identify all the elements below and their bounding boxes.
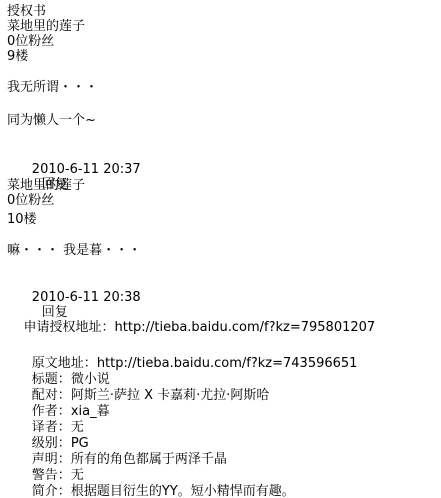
work-info-value: 无 bbox=[71, 420, 84, 435]
post-floor-9: 菜地里的莲子 0位粉丝 9楼 我无所谓・・・ 同为懒人一个~ 2010-6-11… bbox=[7, 19, 441, 162]
auth-request-url[interactable]: http://tieba.baidu.com/f?kz=795801207 bbox=[115, 320, 376, 335]
post-floor-10: 菜地里的莲子 0位粉丝 10楼 嘛・・・ 我是暮・・・ 2010-6-11 20… bbox=[7, 178, 441, 290]
work-info-label: 配对： bbox=[32, 388, 71, 403]
post-content-line: 我无所谓・・・ bbox=[7, 80, 441, 95]
work-info-value: PG bbox=[71, 436, 89, 451]
work-info-label: 译者： bbox=[32, 420, 71, 435]
work-info-value: 阿斯兰·萨拉 X 卡嘉莉·尤拉·阿斯哈 bbox=[71, 388, 270, 403]
post-meta-row: 2010-6-11 20:38 回复 bbox=[7, 275, 441, 290]
work-info-label: 声明： bbox=[32, 452, 71, 467]
work-info-label: 级别： bbox=[32, 436, 71, 451]
work-info-value: 微小说 bbox=[71, 372, 110, 387]
post-content-line: 嘛・・・ 我是暮・・・ bbox=[7, 243, 441, 258]
work-info-block: 原文地址：http://tieba.baidu.com/f?kz=7435966… bbox=[7, 340, 441, 484]
reply-link[interactable]: 回复 bbox=[42, 305, 68, 320]
thread-title: 授权书 bbox=[7, 4, 441, 19]
work-info-value: 根据题目衍生的YY。短小精悍而有趣。 bbox=[71, 484, 295, 498]
post-meta-row: 2010-6-11 20:37 回复 bbox=[7, 147, 441, 162]
post-floor-label: 9楼 bbox=[7, 49, 441, 64]
auth-request-row: 申请授权地址：http://tieba.baidu.com/f?kz=79580… bbox=[7, 305, 441, 320]
work-info-value: xia_暮 bbox=[71, 404, 110, 419]
work-info-value: 无 bbox=[71, 468, 84, 483]
post-fans-count: 0位粉丝 bbox=[7, 193, 441, 208]
work-info-row-original-url: 原文地址：http://tieba.baidu.com/f?kz=7435966… bbox=[7, 340, 441, 356]
post-content-line: 同为懒人一个~ bbox=[7, 113, 441, 128]
work-info-label: 标题： bbox=[32, 372, 71, 387]
work-info-label: 原文地址： bbox=[32, 356, 97, 371]
work-info-label: 作者： bbox=[32, 404, 71, 419]
post-author[interactable]: 菜地里的莲子 bbox=[7, 178, 441, 193]
post-date: 2010-6-11 20:38 bbox=[32, 290, 141, 305]
work-info-value: 所有的角色都属于两泽千晶 bbox=[71, 452, 227, 467]
work-info-label: 警告： bbox=[32, 468, 71, 483]
tieba-thread-page: 授权书 菜地里的莲子 0位粉丝 9楼 我无所谓・・・ 同为懒人一个~ 2010-… bbox=[0, 0, 441, 484]
post-floor-label: 10楼 bbox=[7, 212, 441, 227]
original-url[interactable]: http://tieba.baidu.com/f?kz=743596651 bbox=[97, 356, 358, 371]
auth-request-label: 申请授权地址： bbox=[24, 320, 115, 335]
post-author[interactable]: 菜地里的莲子 bbox=[7, 19, 441, 34]
post-date: 2010-6-11 20:37 bbox=[32, 162, 141, 177]
post-fans-count: 0位粉丝 bbox=[7, 34, 441, 49]
work-info-label: 简介： bbox=[32, 484, 71, 498]
